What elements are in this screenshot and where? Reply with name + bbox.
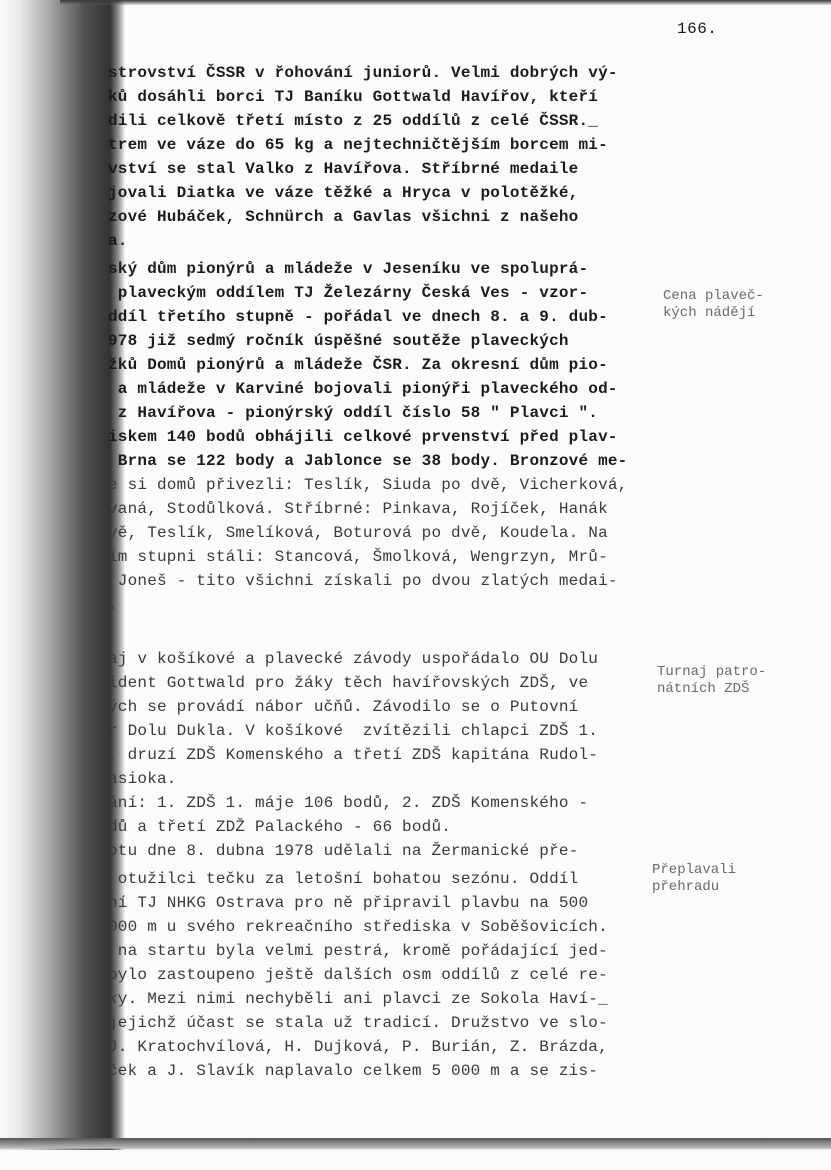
text-line: 000 m u svého rekreačního střediska v So… xyxy=(108,918,608,936)
text-line: jejichž účast se stala už tradicí. Družs… xyxy=(108,1014,608,1032)
text-line: iskem 140 bodů obhájili celkové prvenstv… xyxy=(108,428,618,446)
text-line: dů a třetí ZDŽ Palackého - 66 bodů. xyxy=(108,818,451,836)
text-line: ky. Mezi nimi nechyběli ani plavci ze So… xyxy=(108,990,608,1008)
text-line: dili celkově třetí místo z 25 oddílů z c… xyxy=(108,112,598,130)
text-line: otužilci tečku za letošní bohatou sezónu… xyxy=(108,870,578,888)
text-line: asioka. xyxy=(108,770,177,788)
text-line: . xyxy=(108,596,118,614)
text-line: vě, Teslík, Smelíková, Boturová po dvě, … xyxy=(108,524,608,542)
text-line: r Dolu Dukla. V košíkové zvítězili chlap… xyxy=(108,722,598,740)
margin-note-dam-swim: Přeplavali přehradu xyxy=(652,862,736,896)
text-line: bylo zastoupeno ještě dalších osm oddílů… xyxy=(108,966,608,984)
scanned-page: 166. strovství ČSSR v řohování juniorů. … xyxy=(0,0,831,1170)
margin-note-swimming-prize: Cena plaveč- kých nádějí xyxy=(663,288,764,322)
text-line: e si domů přivezli: Teslík, Siuda po dvě… xyxy=(108,476,627,494)
text-line: z Havířova - pionýrský oddíl číslo 58 " … xyxy=(108,404,598,422)
text-line: jovali Diatka ve váze těžké a Hryca v po… xyxy=(108,184,578,202)
text-line: strovství ČSSR v řohování juniorů. Velmi… xyxy=(108,64,618,82)
text-line: a. xyxy=(108,232,128,250)
page-number: 166. xyxy=(677,20,717,38)
text-line: ím stupni stáli: Stancová, Šmolková, Wen… xyxy=(108,548,608,566)
text-line: otu dne 8. dubna 1978 udělali na Žermani… xyxy=(108,842,578,860)
scan-bottom-edge xyxy=(0,1138,831,1150)
text-line: ání: 1. ZDŠ 1. máje 106 bodů, 2. ZDŠ Kom… xyxy=(108,794,588,812)
text-line: žků Domů pionýrů a mládeže ČSR. Za okres… xyxy=(108,356,608,374)
text-line: Joneš - tito všichni získali po dvou zla… xyxy=(108,572,618,590)
text-line: ní TJ NHKG Ostrava pro ně připravil plav… xyxy=(108,894,588,912)
text-line: ček a J. Slavík naplavalo celkem 5 000 m… xyxy=(108,1062,598,1080)
text-line: aj v košíkové a plavecké závody uspořáda… xyxy=(108,650,598,668)
text-line: plaveckým oddílem TJ Železárny Česká Ves… xyxy=(108,284,588,302)
text-line: vaná, Stodůlková. Stříbrné: Pinkava, Roj… xyxy=(108,500,608,518)
text-line: J. Kratochvílová, H. Dujková, P. Burián,… xyxy=(108,1038,608,1056)
text-line: ský dům pionýrů a mládeže v Jeseníku ve … xyxy=(108,260,588,278)
text-line: a mládeže v Karviné bojovali pionýři pla… xyxy=(108,380,618,398)
text-line: trem ve váze do 65 kg a nejtechničtějším… xyxy=(108,136,608,154)
text-line: zové Hubáček, Schnürch a Gavlas všichni … xyxy=(108,208,578,226)
text-line: Brna se 122 body a Jablonce se 38 body. … xyxy=(108,452,627,470)
margin-note-school-tournament: Turnaj patro- nátních ZDŠ xyxy=(657,664,766,698)
text-line: ddíl třetího stupně - pořádal ve dnech 8… xyxy=(108,308,608,326)
book-gutter-shadow xyxy=(0,0,125,1150)
scan-top-edge xyxy=(60,0,831,5)
text-line: vství se stal Valko z Havířova. Stříbrné… xyxy=(108,160,578,178)
text-line: na startu byla velmi pestrá, kromě pořád… xyxy=(108,942,608,960)
text-line: ých se provádí nábor učňů. Závodilo se o… xyxy=(108,698,578,716)
text-line: , druzí ZDŠ Komenského a třetí ZDŠ kapit… xyxy=(108,746,598,764)
text-line: 978 již sedmý ročník úspěšné soutěže pla… xyxy=(108,332,569,350)
text-line: ident Gottwald pro žáky těch havířovskýc… xyxy=(108,674,588,692)
text-line: ků dosáhli borci TJ Baníku Gottwald Haví… xyxy=(108,88,598,106)
